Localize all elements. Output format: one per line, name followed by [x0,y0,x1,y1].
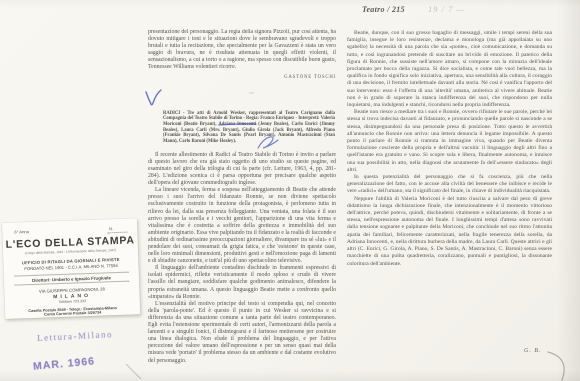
left-column: presentazione del personaggio. La regia … [148,29,336,381]
clipping-service-slip: 6° Anno N. L'ECO DELLA STAMPA (L'Argo de… [2,218,140,319]
section-header: Teatro / 215 [362,5,405,14]
review-paragraph: La lineare vicenda, ferma e sospesa nell… [148,187,336,265]
slip-number-label: N. [107,226,127,234]
slip-directors-line: Direttori: Umberto e Ignazio Frugiuele [14,272,129,286]
closing-paragraph: presentazione del personaggio. La regia … [148,29,336,72]
date-stamp: MAR. 1966 [33,355,96,372]
credits-block: RADICI - Tre atti di Arnold Wesker, rapp… [163,111,335,145]
pencil-line-mark [126,364,141,379]
review-paragraph: Il recente allestimento di Radici al Tea… [148,152,336,187]
review-paragraph: L'essenzialità del motivo principe del t… [148,301,336,365]
pencil-note: 19 / 7 — [428,4,465,14]
review-paragraph: Il linguaggio dell'ambiente contadino di… [148,265,336,300]
route-stamp: Lettura-Milano [37,329,113,343]
reviewer-initials: G. B. [524,348,542,354]
review-body-left: Il recente allestimento di Radici al Tea… [148,152,336,365]
review-paragraph: In questa potenzialità del personaggio c… [347,174,552,196]
author-signature: Gastone Toschi [148,75,336,80]
review-paragraph: Beatie non riesce a mediare tra i suoi e… [347,109,552,174]
review-paragraph: Neppure l'abilità di Valeria Moriconi è … [347,196,552,268]
scanned-page: Teatro / 215 19 / 7 — ~ presentazione de… [0,0,580,381]
review-paragraph: Beatie, dunque, con il suo grosso bagagl… [347,30,552,109]
right-column: Beatie, dunque, con il suo grosso bagagl… [347,30,552,360]
slip-year-label: 6° Anno [14,229,29,237]
